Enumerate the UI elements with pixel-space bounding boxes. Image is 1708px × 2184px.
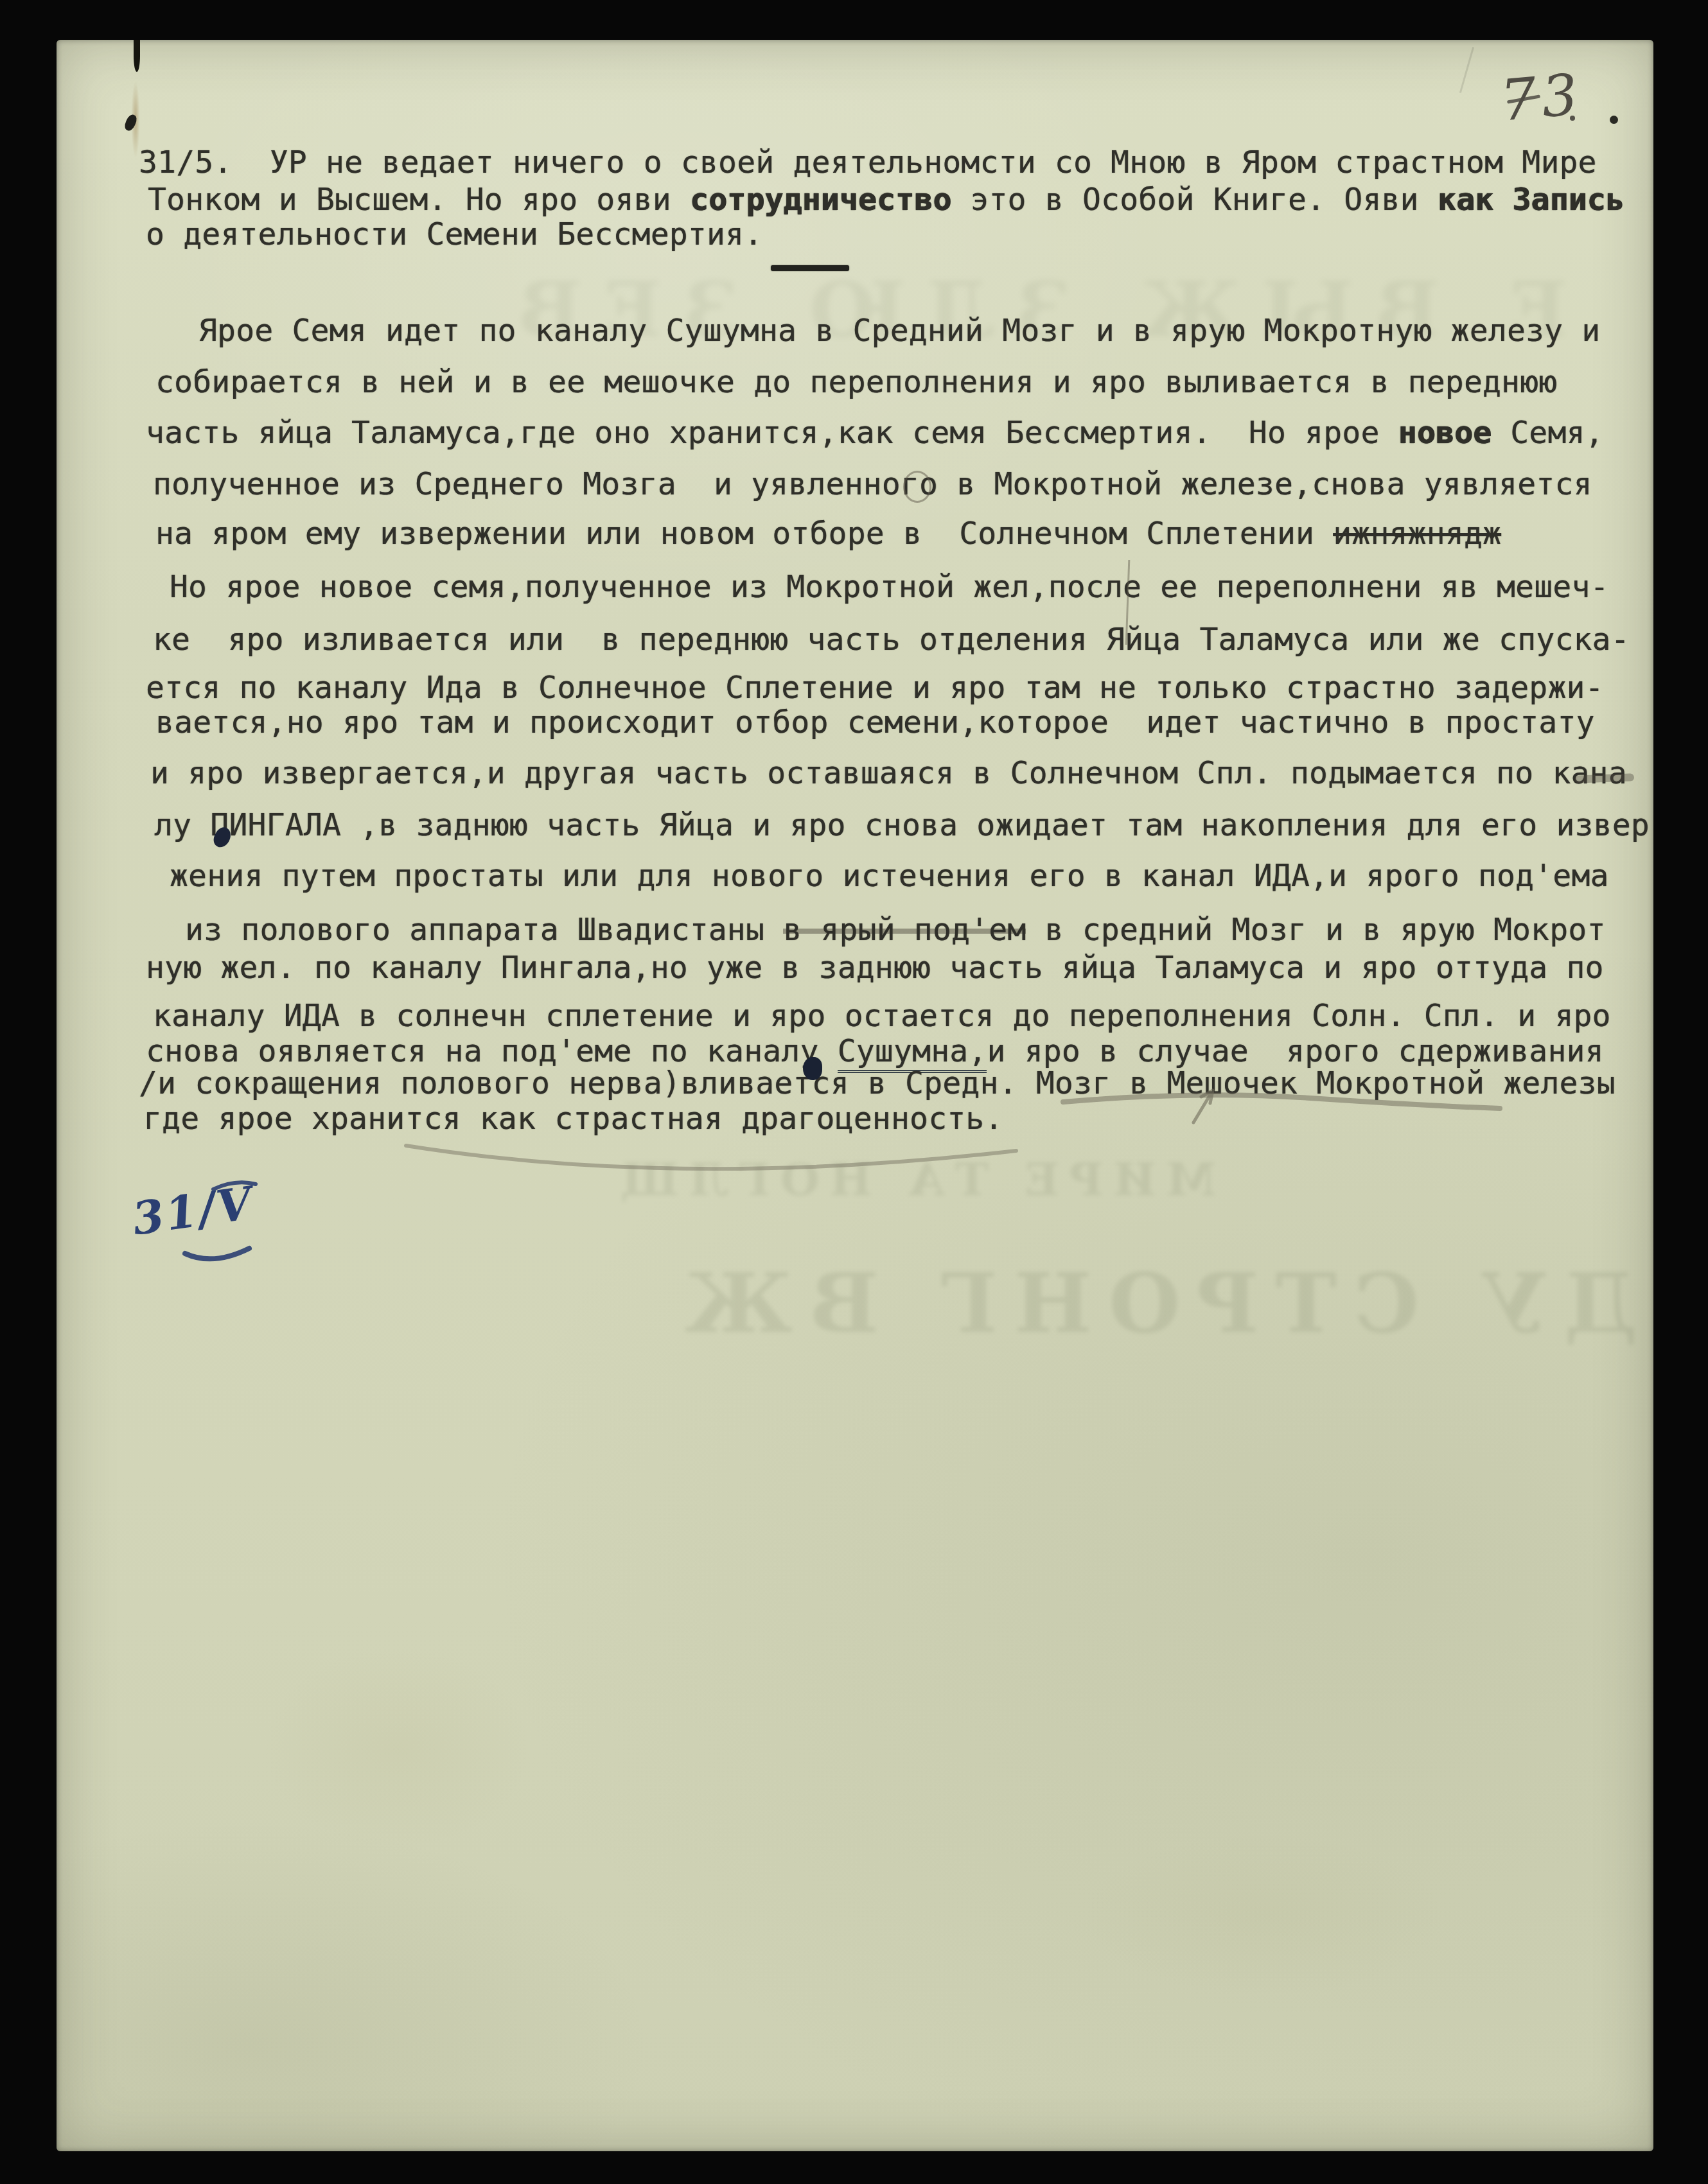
typed-segment: ную жел. по каналу Пингала,но уже в задн… <box>146 950 1604 986</box>
typed-segment-bold: как Запись <box>1438 182 1624 218</box>
typed-line: Ярое Семя идет по каналу Сушумна в Средн… <box>198 313 1600 349</box>
typed-segment-bold: сотрудничество <box>690 182 951 218</box>
typed-segment: Ярое Семя идет по каналу Сушумна в Средн… <box>198 313 1600 349</box>
typed-segment: и яро извергается,и другая часть оставша… <box>150 755 1627 791</box>
typed-line: /и сокращения полового нерва)вливается в… <box>139 1065 1616 1101</box>
typed-segment: снова оявляется на под'еме по каналу <box>146 1033 838 1069</box>
typed-line: на яром ему извержении или новом отборе … <box>155 516 1501 552</box>
typed-line: вается,но яро там и происходит отбор сем… <box>155 704 1595 740</box>
typed-segment: жения путем простаты или для нового исте… <box>170 858 1609 894</box>
typed-segment: ется по каналу Ида в Солнечное Сплетение… <box>146 670 1604 706</box>
typed-line: полученное из Среднего Мозга и уявленног… <box>153 466 1592 502</box>
typed-segment: на яром ему извержении или новом отборе … <box>155 516 1333 552</box>
typed-line: где ярое хранится как страстная драгоцен… <box>143 1101 1003 1137</box>
ink-dot <box>1610 116 1618 124</box>
typed-line: каналу ИДА в солнечн сплетение и яро ост… <box>153 998 1611 1034</box>
pencil-dot <box>1570 116 1575 121</box>
typed-line: снова оявляется на под'еме по каналу Суш… <box>146 1033 1604 1069</box>
typed-segment: каналу ИДА в солнечн сплетение и яро ост… <box>153 998 1611 1034</box>
typed-segment: ке яро изливается или в переднюю часть о… <box>153 622 1630 658</box>
typed-rule <box>771 265 849 271</box>
typed-segment: полученное из Среднего Мозга и уявленног… <box>153 466 1592 502</box>
typed-segment: Но ярое новое семя,полученное из Мокротн… <box>170 569 1609 605</box>
typed-line: ке яро изливается или в переднюю часть о… <box>153 622 1630 658</box>
typed-segment: где ярое хранится как страстная драгоцен… <box>143 1101 1003 1137</box>
typed-text-layer: 31/5. УР не ведает ничего о своей деятел… <box>0 0 1708 2184</box>
typed-segment: в средний Мозг и в ярую Мокрот <box>1026 912 1605 948</box>
typed-line: и яро извергается,и другая часть оставша… <box>150 755 1627 791</box>
typed-line: лу ПИНГАЛА ,в заднюю часть Яйца и яро сн… <box>154 807 1650 843</box>
typed-segment-pstrike: в ярый под'ем <box>783 912 1026 948</box>
typed-segment: часть яйца Таламуса,где оно хранится,как… <box>146 415 1398 451</box>
typed-line: часть яйца Таламуса,где оно хранится,как… <box>146 415 1604 451</box>
typed-segment: 31/5. УР не ведает ничего о своей деятел… <box>139 144 1597 180</box>
typed-segment: лу ПИНГАЛА ,в заднюю часть Яйца и яро сн… <box>154 807 1650 843</box>
typed-line: жения путем простаты или для нового исте… <box>170 858 1609 894</box>
typed-line: о деятельности Семени Бессмертия. <box>146 216 762 252</box>
typed-segment: о деятельности Семени Бессмертия. <box>146 216 762 252</box>
typed-segment: и яро в случае ярого сдерживания <box>987 1033 1603 1069</box>
typed-line: Тонком и Высшем. Но яро ояви сотрудничес… <box>148 182 1624 218</box>
typed-line: собирается в ней и в ее мешочке до переп… <box>155 364 1557 400</box>
typed-line: из полового аппарата Швадистаны в ярый п… <box>185 912 1606 948</box>
typed-segment: собирается в ней и в ее мешочке до переп… <box>155 364 1557 400</box>
typed-line: ную жел. по каналу Пингала,но уже в задн… <box>146 950 1604 986</box>
handwritten-page-number: 73 <box>1498 61 1585 134</box>
typed-segment: это в Особой Книге. Ояви <box>951 182 1438 218</box>
typed-segment: из полового аппарата Швадистаны <box>185 912 783 948</box>
typed-segment: /и сокращения полового нерва)вливается в… <box>139 1065 1616 1101</box>
typed-line: 31/5. УР не ведает ничего о своей деятел… <box>139 144 1597 180</box>
typed-segment: Тонком и Высшем. Но яро ояви <box>148 182 690 218</box>
typed-segment-strike: ижняжнядж <box>1333 516 1501 552</box>
typed-line: Но ярое новое семя,полученное из Мокротн… <box>170 569 1609 605</box>
typed-line: ется по каналу Ида в Солнечное Сплетение… <box>146 670 1604 706</box>
typed-segment: вается,но яро там и происходит отбор сем… <box>155 704 1595 740</box>
typed-segment: Семя, <box>1492 415 1604 451</box>
typed-segment-bold: новое <box>1398 415 1492 451</box>
scanned-page: Е ВЫЖ ЗЛЮ ЗЕВ МИРЕ ТА НОГЛЩ ДУ СТРОНГ ВЖ… <box>0 0 1708 2184</box>
